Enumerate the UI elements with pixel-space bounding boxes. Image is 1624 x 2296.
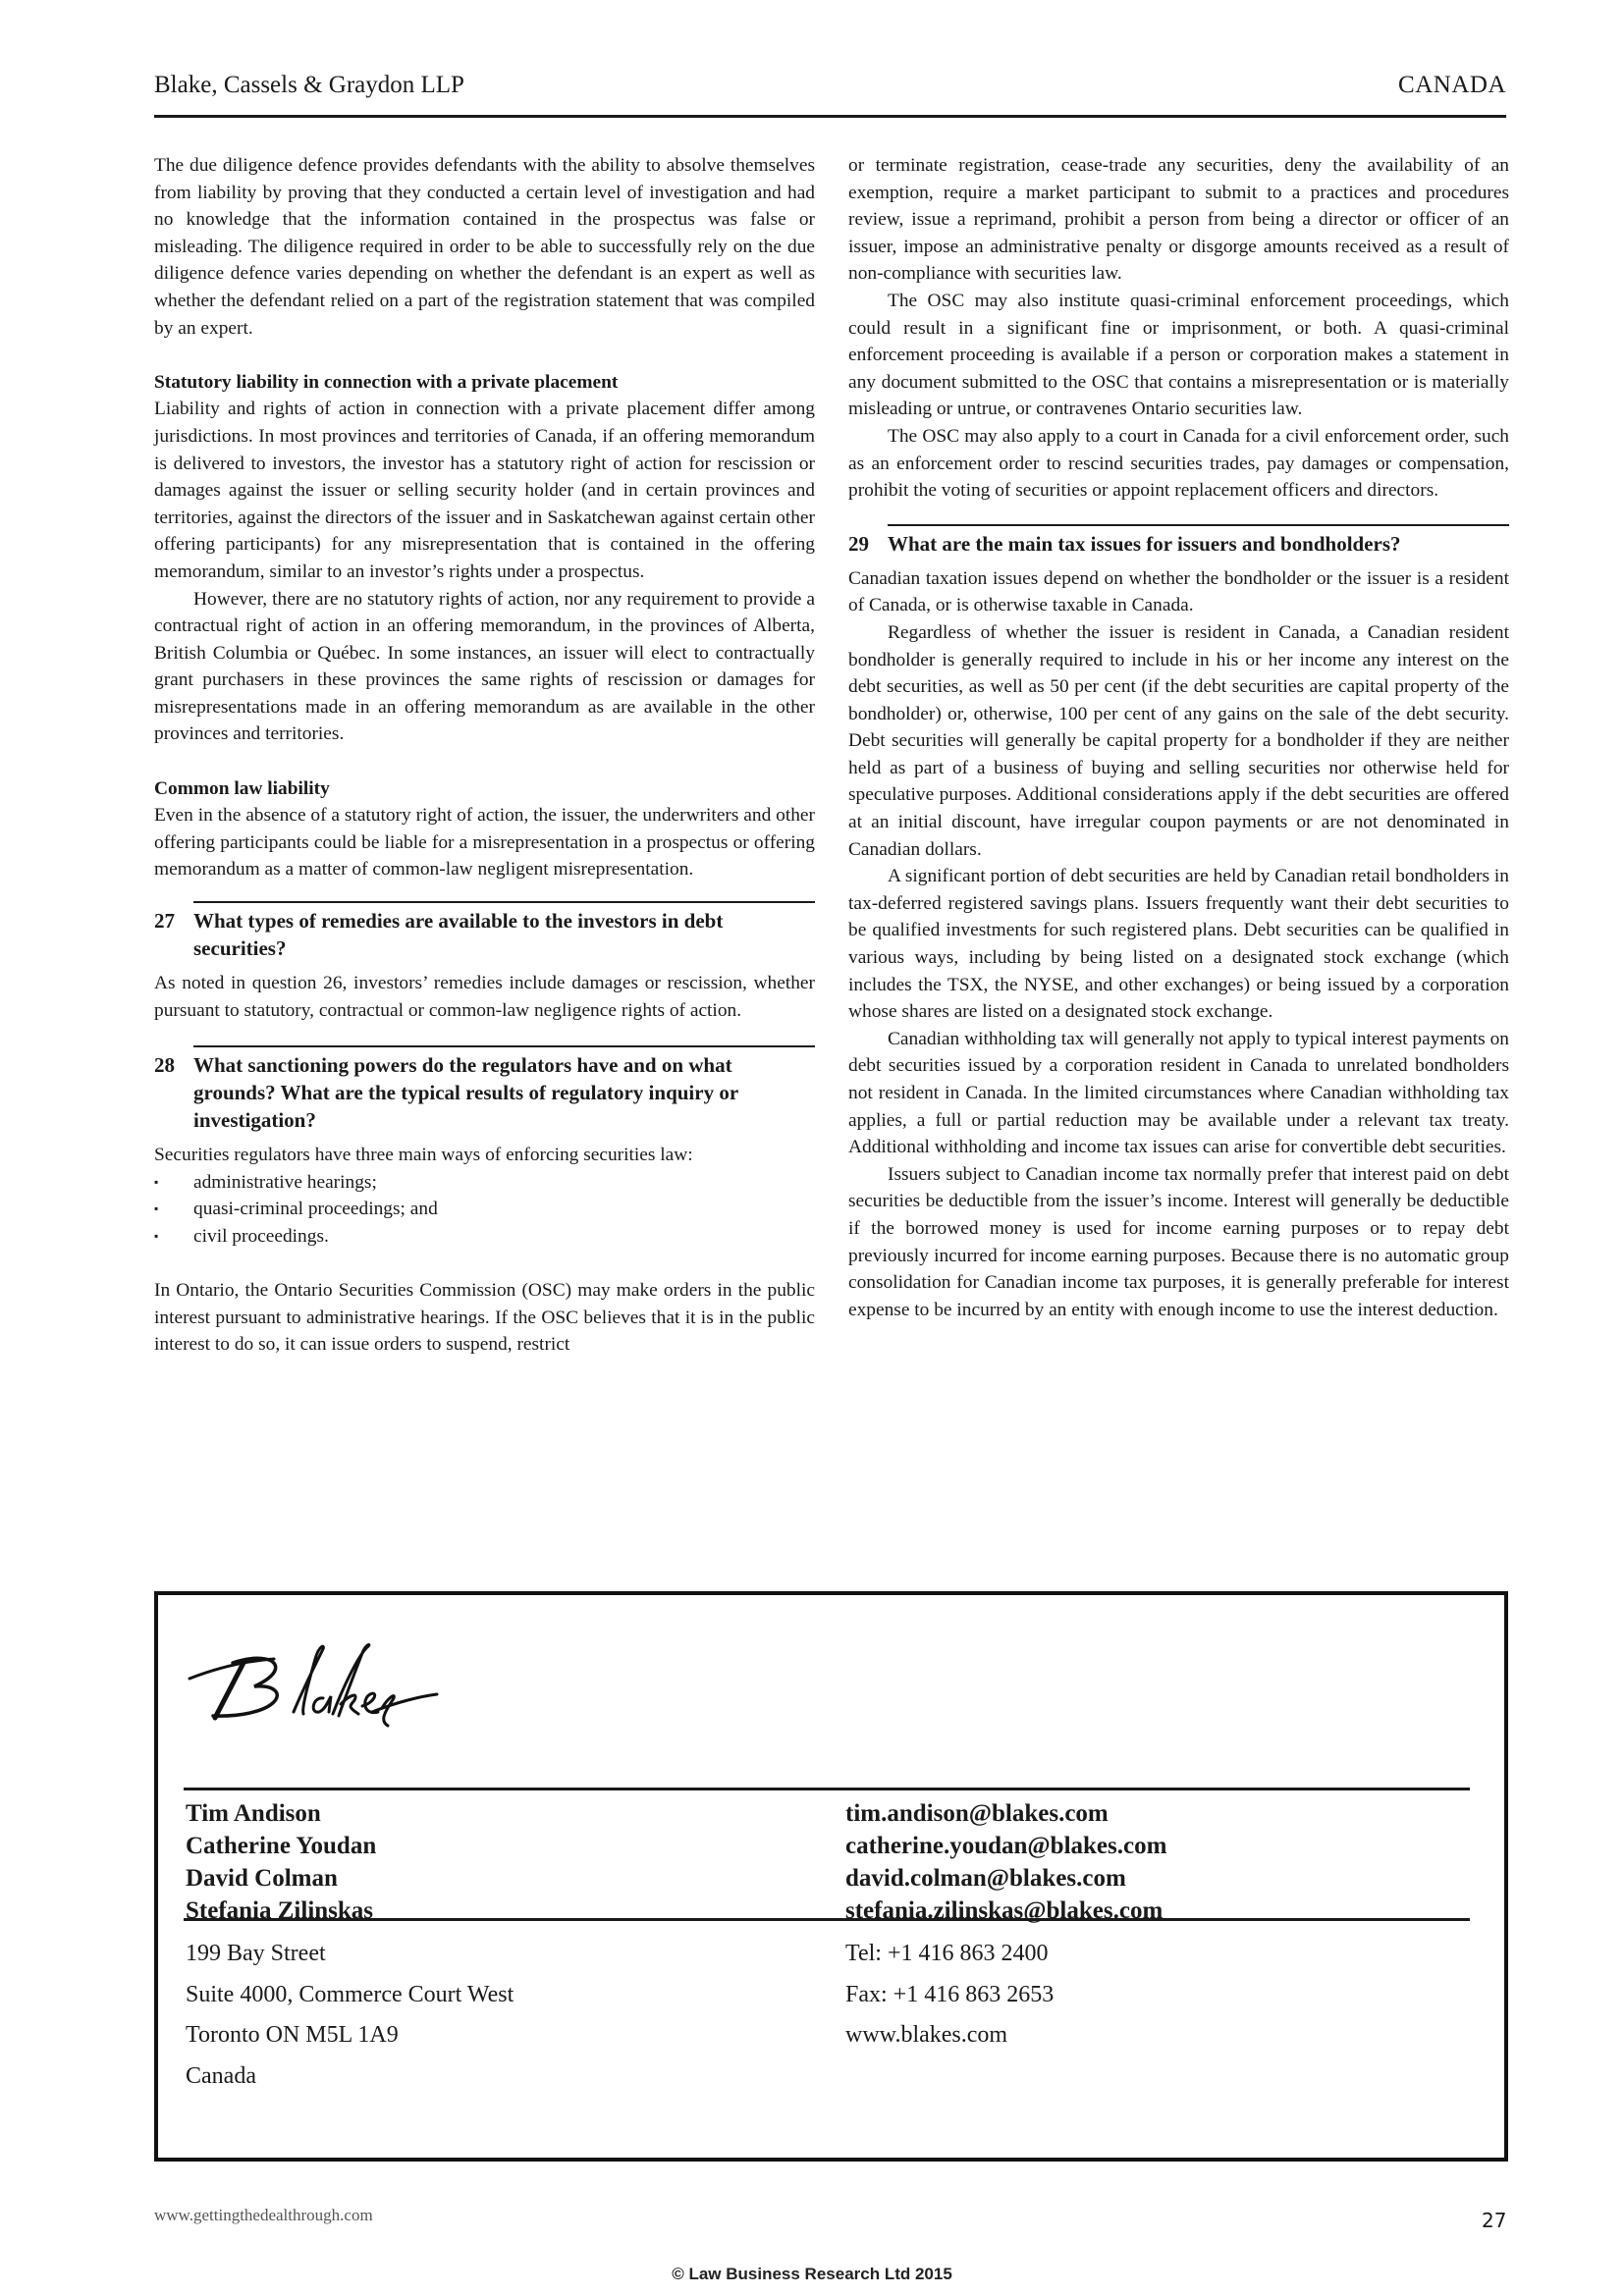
list-item: administrative hearings; (154, 1169, 815, 1197)
contact-name: Stefania Zilinskas (186, 1895, 376, 1927)
address-line: Toronto ON M5L 1A9 (186, 2015, 514, 2056)
question-27-heading: 27 What types of remedies are available … (193, 901, 815, 962)
box-rule-top (184, 1788, 1470, 1790)
contact-email-link[interactable]: tim.andison@blakes.com (845, 1797, 1166, 1830)
answer-29-p3: A significant portion of debt securities… (848, 863, 1509, 1026)
answer-29-p1: Canadian taxation issues depend on wheth… (848, 565, 1509, 619)
address-line: Canada (186, 2056, 514, 2098)
paragraph-ontario-osc: In Ontario, the Ontario Securities Commi… (154, 1277, 815, 1359)
answer-27: As noted in question 26, investors’ reme… (154, 970, 815, 1024)
subheading-private-placement: Statutory liability in connection with a… (154, 369, 815, 397)
copyright-notice: © Law Business Research Ltd 2015 (0, 2265, 1624, 2284)
fax: Fax: +1 416 863 2653 (845, 1975, 1054, 2016)
right-column: or terminate registration, cease-trade a… (848, 152, 1509, 1323)
contact-name: Tim Andison (186, 1797, 376, 1830)
contact-names: Tim Andison Catherine Youdan David Colma… (186, 1797, 376, 1927)
firm-contact-box: Tim Andison Catherine Youdan David Colma… (154, 1591, 1508, 2162)
paragraph-due-diligence: The due diligence defence provides defen… (154, 152, 815, 342)
paragraph-private-placement-2: However, there are no statutory rights o… (154, 586, 815, 749)
running-header-firm: Blake, Cassels & Graydon LLP (154, 71, 464, 100)
page-number: 27 (1482, 2209, 1506, 2232)
answer-29-p5: Issuers subject to Canadian income tax n… (848, 1161, 1509, 1324)
subheading-common-law: Common law liability (154, 775, 815, 803)
contact-email-link[interactable]: david.colman@blakes.com (845, 1862, 1166, 1895)
contact-name: David Colman (186, 1862, 376, 1895)
question-29-heading: 29 What are the main tax issues for issu… (888, 524, 1509, 558)
office-contact: Tel: +1 416 863 2400 Fax: +1 416 863 265… (845, 1934, 1054, 2056)
question-text: What sanctioning powers do the regulator… (193, 1053, 738, 1132)
contact-name: Catherine Youdan (186, 1830, 376, 1862)
address-line: Suite 4000, Commerce Court West (186, 1975, 514, 2016)
list-item: quasi-criminal proceedings; and (154, 1196, 815, 1223)
left-column: The due diligence defence provides defen… (154, 152, 815, 1359)
box-rule-middle (184, 1918, 1470, 1921)
contact-email-link[interactable]: stefania.zilinskas@blakes.com (845, 1895, 1166, 1927)
contact-email-link[interactable]: catherine.youdan@blakes.com (845, 1830, 1166, 1862)
answer-29-p4: Canadian withholding tax will generally … (848, 1026, 1509, 1161)
footer-website-link[interactable]: www.gettingthedealthrough.com (154, 2206, 373, 2225)
address-line: 199 Bay Street (186, 1934, 514, 1975)
paragraph-osc-orders-cont: or terminate registration, cease-trade a… (848, 152, 1509, 288)
header-rule (154, 115, 1506, 118)
telephone: Tel: +1 416 863 2400 (845, 1934, 1054, 1975)
question-text: What types of remedies are available to … (193, 909, 723, 960)
paragraph-private-placement-1: Liability and rights of action in connec… (154, 396, 815, 585)
blakes-logo-icon (186, 1639, 441, 1737)
contact-emails: tim.andison@blakes.com catherine.youdan@… (845, 1797, 1166, 1927)
paragraph-quasi-criminal: The OSC may also institute quasi-crimina… (848, 288, 1509, 423)
paragraph-common-law: Even in the absence of a statutory right… (154, 802, 815, 883)
answer-28-intro: Securities regulators have three main wa… (154, 1142, 815, 1169)
enforcement-methods-list: administrative hearings; quasi-criminal … (154, 1169, 815, 1251)
running-header-country: CANADA (1398, 71, 1506, 100)
question-number: 28 (154, 1051, 189, 1079)
question-text: What are the main tax issues for issuers… (888, 532, 1401, 556)
website-link[interactable]: www.blakes.com (845, 2015, 1054, 2056)
answer-29-p2: Regardless of whether the issuer is resi… (848, 619, 1509, 863)
office-address: 199 Bay Street Suite 4000, Commerce Cour… (186, 1934, 514, 2097)
question-28-heading: 28 What sanctioning powers do the regula… (193, 1045, 815, 1134)
paragraph-civil-enforcement: The OSC may also apply to a court in Can… (848, 423, 1509, 505)
question-number: 29 (848, 530, 884, 558)
question-number: 27 (154, 907, 189, 934)
list-item: civil proceedings. (154, 1223, 815, 1251)
